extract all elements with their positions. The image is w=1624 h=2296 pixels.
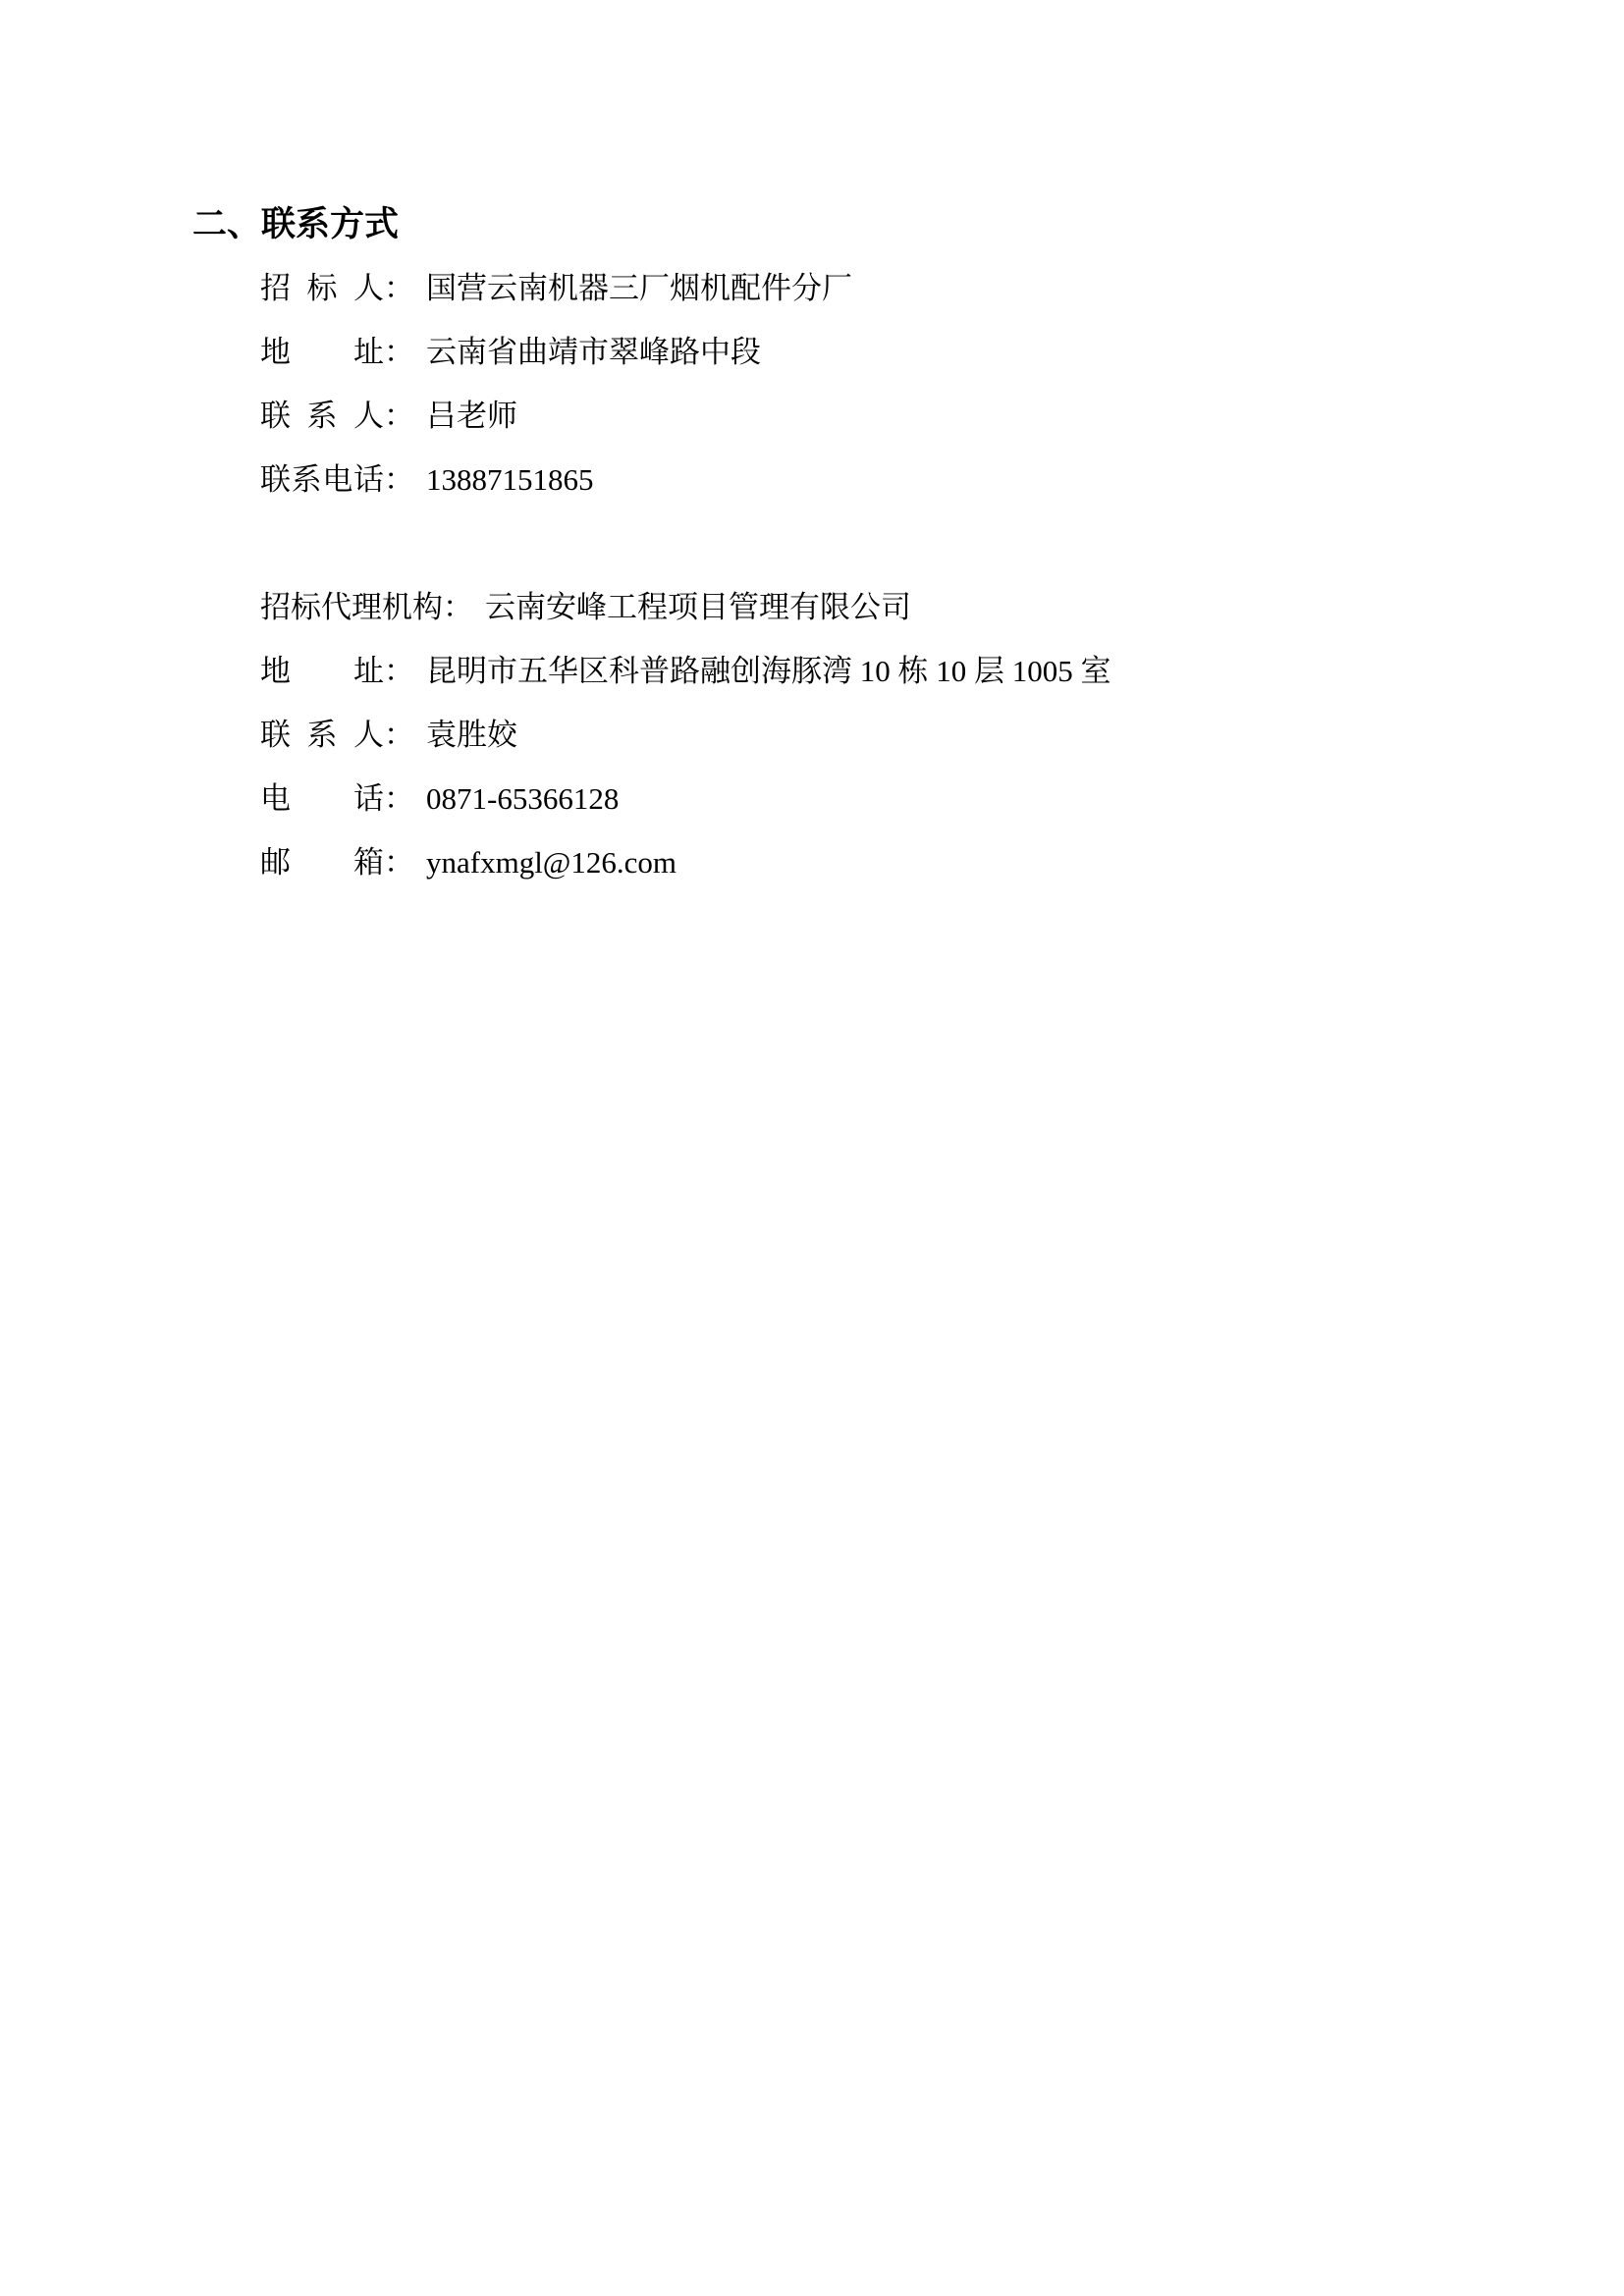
row-tenderer-address: 地址：云南省曲靖市翠峰路中段 xyxy=(260,320,1624,384)
blank-line-separator xyxy=(0,511,1624,575)
label-colon: ： xyxy=(384,703,414,767)
field-label-address: 地址 xyxy=(260,639,384,703)
field-value-email: ynafxmgl@126.com xyxy=(426,845,677,880)
label-colon: ： xyxy=(384,448,414,511)
label-colon: ： xyxy=(384,767,414,830)
section-heading: 二、联系方式 xyxy=(192,192,1624,256)
row-tenderer-phone: 联系电话：13887151865 xyxy=(260,448,1624,511)
label-colon: ： xyxy=(384,639,414,703)
label-colon: ： xyxy=(384,320,414,384)
row-agency-contact: 联系人：袁胜姣 xyxy=(260,703,1624,767)
field-value-phone: 0871-65366128 xyxy=(426,781,619,816)
row-agency: 招标代理机构：云南安峰工程项目管理有限公司 xyxy=(260,575,1624,639)
field-value-address: 昆明市五华区科普路融创海豚湾 10 栋 10 层 1005 室 xyxy=(426,654,1111,688)
field-label-contact: 联系人 xyxy=(260,384,384,448)
field-label-contact: 联系人 xyxy=(260,703,384,767)
label-colon: ： xyxy=(384,830,414,894)
contact-section: 二、联系方式 招标人：国营云南机器三厂烟机配件分厂 地址：云南省曲靖市翠峰路中段… xyxy=(0,0,1624,894)
label-colon: ： xyxy=(384,256,414,320)
field-value-address: 云南省曲靖市翠峰路中段 xyxy=(426,335,761,369)
row-tenderer-contact: 联系人：吕老师 xyxy=(260,384,1624,448)
field-label-phone: 联系电话 xyxy=(260,448,384,511)
row-agency-address: 地址：昆明市五华区科普路融创海豚湾 10 栋 10 层 1005 室 xyxy=(260,639,1624,703)
field-label-phone: 电话 xyxy=(260,767,384,830)
field-value-phone: 13887151865 xyxy=(426,462,594,497)
label-colon: ： xyxy=(384,384,414,448)
label-colon: ： xyxy=(443,575,473,639)
document-page: 二、联系方式 招标人：国营云南机器三厂烟机配件分厂 地址：云南省曲靖市翠峰路中段… xyxy=(0,0,1624,2296)
row-agency-phone: 电话：0871-65366128 xyxy=(260,767,1624,830)
field-value-contact: 吕老师 xyxy=(426,399,517,433)
field-label-email: 邮箱 xyxy=(260,830,384,894)
field-label-address: 地址 xyxy=(260,320,384,384)
field-value-agency: 云南安峰工程项目管理有限公司 xyxy=(485,590,911,624)
row-agency-email: 邮箱：ynafxmgl@126.com xyxy=(260,830,1624,894)
field-value-tenderer: 国营云南机器三厂烟机配件分厂 xyxy=(426,271,852,305)
field-label-agency: 招标代理机构 xyxy=(260,575,443,639)
field-value-contact: 袁胜姣 xyxy=(426,718,517,752)
row-tenderer: 招标人：国营云南机器三厂烟机配件分厂 xyxy=(260,256,1624,320)
field-label-tenderer: 招标人 xyxy=(260,256,384,320)
